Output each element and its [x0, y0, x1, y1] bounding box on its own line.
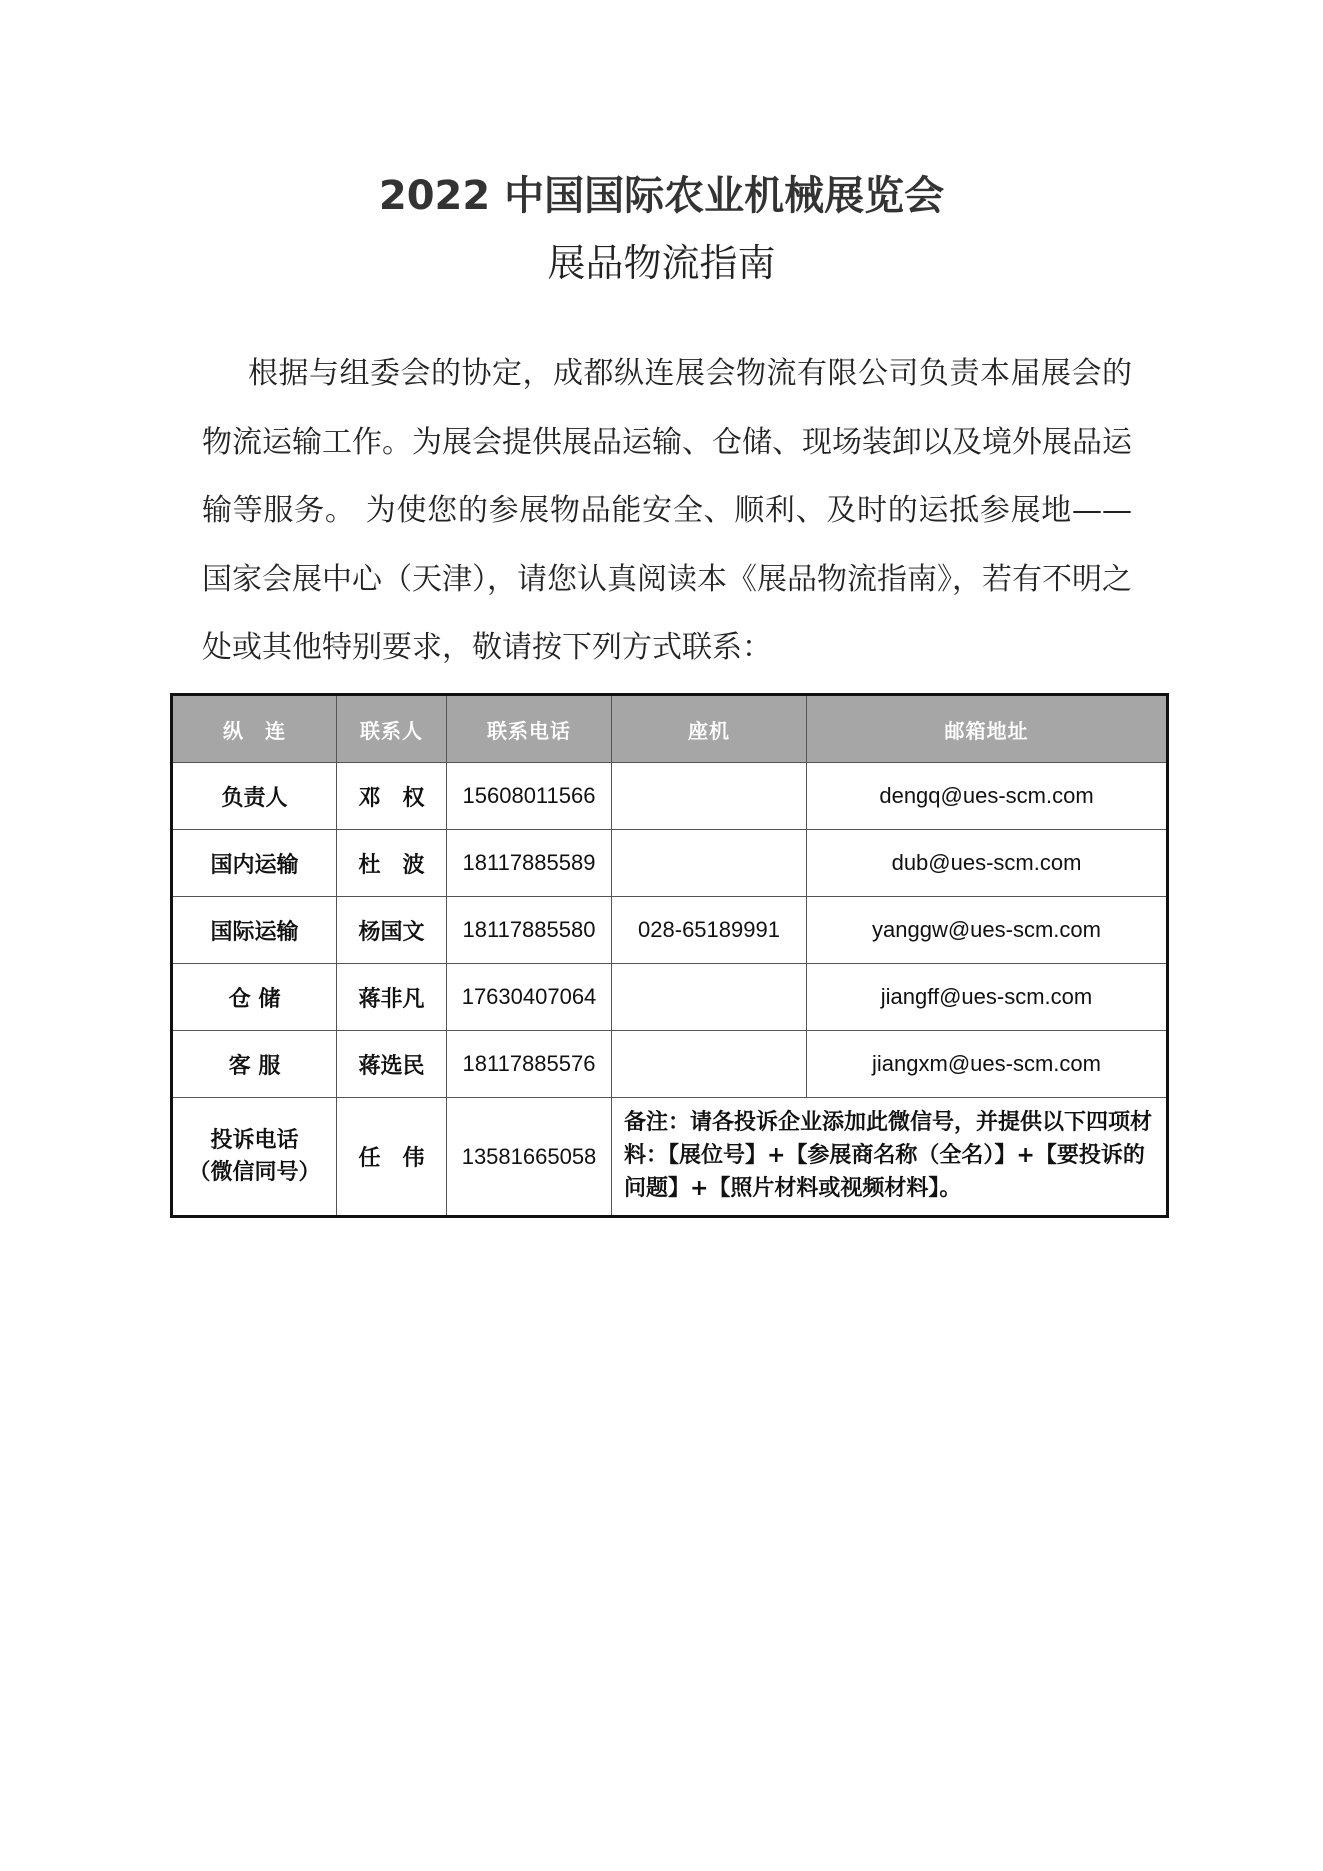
- complaint-dept-cell: 投诉电话 （微信同号）: [172, 1098, 337, 1217]
- landline-cell: [612, 1031, 807, 1098]
- table-row: 负责人 邓 权 15608011566 dengq@ues-scm.com: [172, 763, 1168, 830]
- dept-cell: 客 服: [172, 1031, 337, 1098]
- header-landline: 座机: [612, 695, 807, 763]
- phone-cell: 18117885589: [447, 830, 612, 897]
- header-dept: 纵 连: [172, 695, 337, 763]
- name-cell: 杨国文: [337, 897, 447, 964]
- name-cell: 蒋选民: [337, 1031, 447, 1098]
- table-row: 仓 储 蒋非凡 17630407064 jiangff@ues-scm.com: [172, 964, 1168, 1031]
- landline-cell: 028-65189991: [612, 897, 807, 964]
- phone-cell: 15608011566: [447, 763, 612, 830]
- header-phone: 联系电话: [447, 695, 612, 763]
- table-row: 客 服 蒋选民 18117885576 jiangxm@ues-scm.com: [172, 1031, 1168, 1098]
- phone-cell: 18117885576: [447, 1031, 612, 1098]
- contact-table: 纵 连 联系人 联系电话 座机 邮箱地址 负责人 邓 权 15608011566…: [170, 693, 1169, 1218]
- landline-cell: [612, 763, 807, 830]
- phone-cell: 18117885580: [447, 897, 612, 964]
- complaint-row: 投诉电话 （微信同号） 任 伟 13581665058 备注：请各投诉企业添加此…: [172, 1098, 1168, 1217]
- intro-paragraph: 根据与组委会的协定，成都纵连展会物流有限公司负责本届展会的物流运输工作。为展会提…: [202, 340, 1132, 683]
- email-link[interactable]: jiangff@ues-scm.com: [807, 964, 1168, 1031]
- wechat-note-label: （微信同号）: [173, 1157, 336, 1189]
- complaint-label: 投诉电话: [173, 1125, 336, 1157]
- complaint-note: 备注：请各投诉企业添加此微信号，并提供以下四项材料：【展位号】+【参展商名称（全…: [612, 1098, 1168, 1217]
- dept-cell: 仓 储: [172, 964, 337, 1031]
- header-contact: 联系人: [337, 695, 447, 763]
- landline-cell: [612, 830, 807, 897]
- dept-cell: 国内运输: [172, 830, 337, 897]
- page-title: 2022 中国国际农业机械展览会: [0, 168, 1323, 224]
- name-cell: 任 伟: [337, 1098, 447, 1217]
- email-link[interactable]: yanggw@ues-scm.com: [807, 897, 1168, 964]
- email-link[interactable]: jiangxm@ues-scm.com: [807, 1031, 1168, 1098]
- phone-cell: 13581665058: [447, 1098, 612, 1217]
- table-row: 国际运输 杨国文 18117885580 028-65189991 yanggw…: [172, 897, 1168, 964]
- email-link[interactable]: dengq@ues-scm.com: [807, 763, 1168, 830]
- table-header-row: 纵 连 联系人 联系电话 座机 邮箱地址: [172, 695, 1168, 763]
- table-row: 国内运输 杜 波 18117885589 dub@ues-scm.com: [172, 830, 1168, 897]
- name-cell: 杜 波: [337, 830, 447, 897]
- dept-cell: 负责人: [172, 763, 337, 830]
- phone-cell: 17630407064: [447, 964, 612, 1031]
- dept-cell: 国际运输: [172, 897, 337, 964]
- name-cell: 蒋非凡: [337, 964, 447, 1031]
- header-email: 邮箱地址: [807, 695, 1168, 763]
- landline-cell: [612, 964, 807, 1031]
- name-cell: 邓 权: [337, 763, 447, 830]
- email-link[interactable]: dub@ues-scm.com: [807, 830, 1168, 897]
- page-subtitle: 展品物流指南: [0, 236, 1323, 290]
